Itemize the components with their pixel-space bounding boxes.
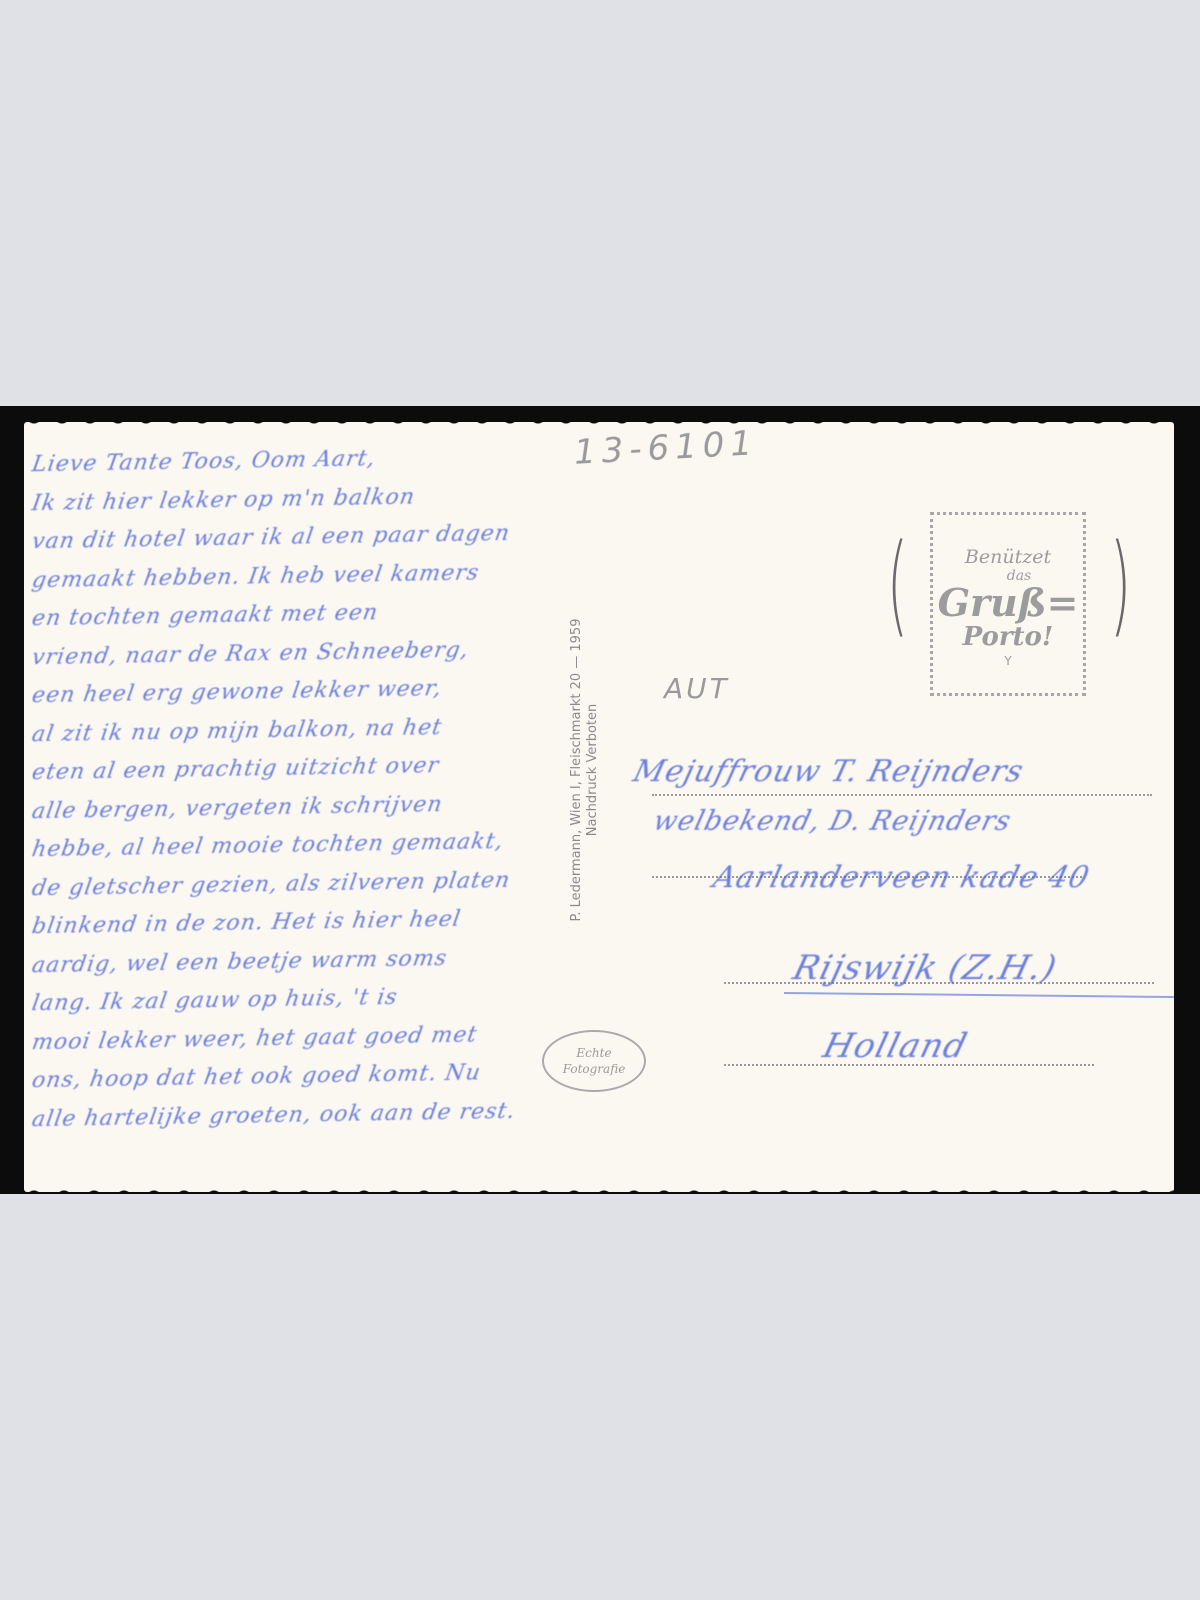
address-recipient: Mejuffrouw T. Reijnders (630, 754, 1028, 789)
address-country: Holland (819, 1026, 972, 1066)
echt-foto-seal: Echte Fotografie (542, 1030, 646, 1092)
stamp-mark: Y (1004, 654, 1011, 668)
address-rule (652, 794, 1152, 796)
seal-text: Fotografie (544, 1061, 644, 1077)
address-line-2: welbekend, D. Reijnders (650, 806, 1014, 837)
postmark-bracket-right: ) (1110, 520, 1131, 648)
address-city: Rijswijk (Z.H.) (789, 948, 1061, 988)
pencil-country-code: AUT (664, 672, 730, 705)
postmark-bracket-left: ( (887, 520, 908, 648)
stamp-text: Gruß= (938, 584, 1079, 622)
publisher-imprint-line: Nachdruck Verboten (585, 550, 601, 990)
stamp-text: Porto! (963, 622, 1054, 652)
city-underline (784, 992, 1174, 998)
postage-stamp-box: Benützet das Gruß= Porto! Y (930, 512, 1086, 696)
address-street: Aarlanderveen kade 40 (710, 860, 1094, 895)
publisher-imprint: P. Ledermann, Wien I, Fleischmarkt 20 — … (569, 550, 609, 990)
postcard-back: 13-6101 AUT Lieve Tante Toos, Oom Aart, … (24, 422, 1174, 1192)
stamp-text: Benützet (965, 546, 1051, 568)
handwritten-message: Lieve Tante Toos, Oom Aart, Ik zit hier … (32, 446, 612, 1139)
publisher-imprint-line: P. Ledermann, Wien I, Fleischmarkt 20 — … (569, 550, 585, 990)
seal-text: Echte (544, 1045, 644, 1061)
